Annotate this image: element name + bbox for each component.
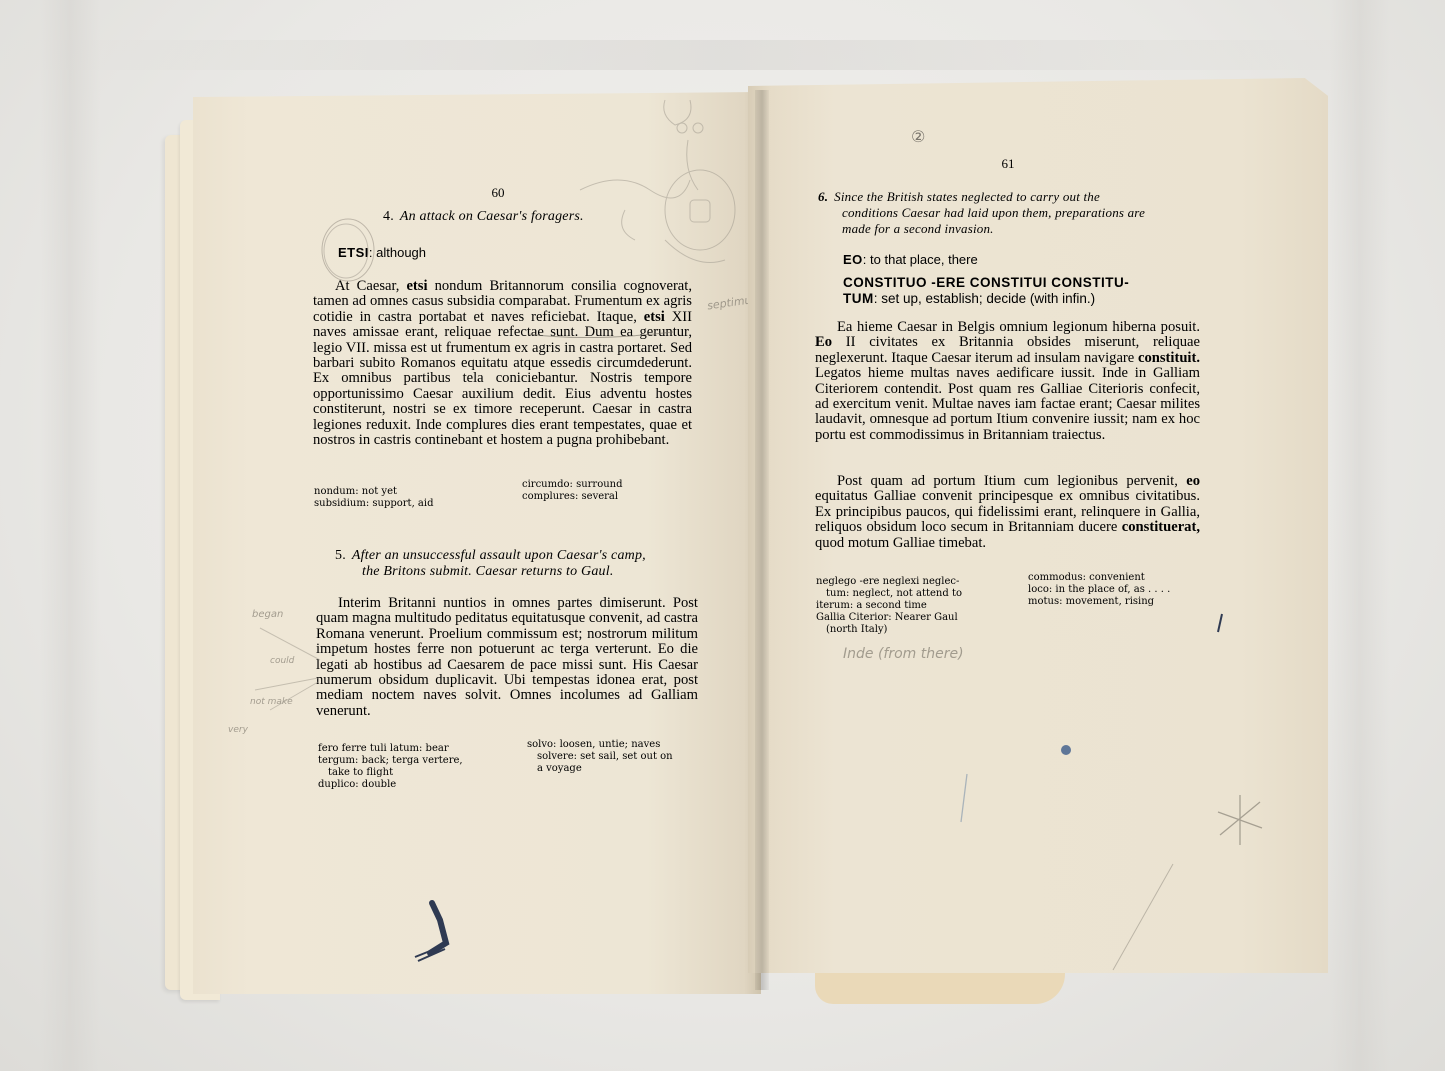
vocab-word: TUM xyxy=(843,291,874,306)
pencil-stroke-icon xyxy=(1105,860,1175,980)
pencil-circled-number: ② xyxy=(911,127,925,146)
cloth-fold xyxy=(0,40,1445,70)
section-title-text: conditions Caesar had laid upon them, pr… xyxy=(818,205,1208,221)
pencil-note-inde: Inde (from there) xyxy=(843,646,964,662)
section-5-paragraph: Interim Britanni nuntios in omnes partes… xyxy=(316,596,698,719)
gloss-entry: a voyage xyxy=(527,763,707,775)
section-4-paragraph: At Caesar, etsi nondum Britannorum consi… xyxy=(313,279,692,448)
section-5-glossary-left: fero ferre tuli latum: beartergum: back;… xyxy=(318,743,508,791)
vocab-heading-constituo: CONSTITUO -ERE CONSTITUI CONSTITU- TUM: … xyxy=(843,275,1203,307)
vocab-word: EO xyxy=(843,252,863,267)
gloss-entry: motus: movement, rising xyxy=(1028,596,1208,608)
section-6-title: 6.Since the British states neglected to … xyxy=(818,189,1208,237)
gloss-entry: tergum: back; terga vertere, xyxy=(318,755,508,767)
gloss-entry: commodus: convenient xyxy=(1028,572,1208,584)
vocab-meaning: to that place, there xyxy=(870,252,978,267)
vocab-word: CONSTITUO -ERE CONSTITUI CONSTITU- xyxy=(843,275,1129,290)
book-gutter xyxy=(755,90,769,990)
vocab-meaning: although xyxy=(376,245,426,260)
blue-ink-stroke-icon xyxy=(1210,610,1230,640)
section-number: 5. xyxy=(335,548,346,563)
cloth-fold xyxy=(1330,0,1390,1071)
blue-ink-scribble-icon xyxy=(400,895,470,965)
bold-vocab-word: etsi xyxy=(644,309,665,325)
gloss-entry: loco: in the place of, as . . . . xyxy=(1028,584,1208,596)
pencil-underline-icon xyxy=(528,330,678,342)
section-6-paragraph-1: Ea hieme Caesar in Belgis omnium legionu… xyxy=(815,320,1200,443)
gloss-entry: Gallia Citerior: Nearer Gaul xyxy=(816,612,1001,624)
torn-page-strip xyxy=(815,968,1065,1004)
section-number: 4. xyxy=(383,209,394,224)
bold-vocab-word: etsi xyxy=(406,278,427,294)
page-number-60: 60 xyxy=(478,185,518,201)
latin-paragraph: Interim Britanni nuntios in omnes partes… xyxy=(316,596,698,719)
gloss-entry: nondum: not yet xyxy=(314,486,504,498)
gloss-entry: solvo: loosen, untie; naves xyxy=(527,739,707,751)
vocab-meaning: set up, establish; decide (with infin.) xyxy=(881,291,1095,306)
latin-paragraph: At Caesar, etsi nondum Britannorum consi… xyxy=(313,279,692,448)
section-title-text: After an unsuccessful assault upon Caesa… xyxy=(352,548,646,563)
gloss-entry: take to flight xyxy=(318,767,508,779)
section-6-glossary-right: commodus: convenientloco: in the place o… xyxy=(1028,572,1208,608)
pencil-note: very xyxy=(228,725,248,735)
section-4-glossary-right: circumdo: surround complures: several xyxy=(522,479,712,503)
gloss-entry: iterum: a second time xyxy=(816,600,1001,612)
gloss-entry: fero ferre tuli latum: bear xyxy=(318,743,508,755)
pencil-star-icon xyxy=(1210,790,1270,850)
gloss-entry: circumdo: surround xyxy=(522,479,712,491)
gloss-entry: duplico: double xyxy=(318,779,508,791)
section-title-text: Since the British states neglected to ca… xyxy=(834,189,1100,204)
pencil-circle-icon xyxy=(318,215,378,285)
section-5-glossary-right: solvo: loosen, untie; navessolvere: set … xyxy=(527,739,707,775)
latin-paragraph: Ea hieme Caesar in Belgis omnium legionu… xyxy=(815,320,1200,443)
pencil-stroke-icon xyxy=(955,770,975,830)
section-4-title: 4.An attack on Caesar's foragers. xyxy=(383,209,584,225)
blue-ink-dot-icon xyxy=(1056,740,1076,760)
bold-vocab-word: eo xyxy=(1186,473,1200,489)
cloth-fold xyxy=(40,0,100,1071)
section-6-glossary-left: neglego -ere neglexi neglec-tum: neglect… xyxy=(816,576,1001,636)
gloss-entry: complures: several xyxy=(522,491,712,503)
gloss-entry: neglego -ere neglexi neglec- xyxy=(816,576,1001,588)
section-title-text: An attack on Caesar's foragers. xyxy=(400,209,584,224)
section-number: 6. xyxy=(818,189,828,204)
gloss-entry: solvere: set sail, set out on xyxy=(527,751,707,763)
section-title-text: made for a second invasion. xyxy=(818,221,1208,237)
bold-vocab-word: constituerat, xyxy=(1122,519,1200,535)
bold-vocab-word: Eo xyxy=(815,334,832,350)
gloss-entry: (north Italy) xyxy=(816,624,1001,636)
gloss-entry: subsidium: support, aid xyxy=(314,498,504,510)
vocab-heading-eo: EO: to that place, there xyxy=(843,252,978,268)
pencil-doodle-icon xyxy=(570,90,760,290)
latin-paragraph: Post quam ad portum Itium cum legionibus… xyxy=(815,474,1200,551)
section-title-text: the Britons submit. Caesar returns to Ga… xyxy=(335,564,715,580)
bold-vocab-word: constituit. xyxy=(1138,350,1200,366)
page-number-61: 61 xyxy=(988,156,1028,172)
section-6-paragraph-2: Post quam ad portum Itium cum legionibus… xyxy=(815,474,1200,551)
gloss-entry: tum: neglect, not attend to xyxy=(816,588,1001,600)
pencil-note: began xyxy=(252,609,283,620)
section-4-glossary-left: nondum: not yet subsidium: support, aid xyxy=(314,486,504,510)
pencil-lines-icon xyxy=(230,620,320,720)
section-5-title: 5.After an unsuccessful assault upon Cae… xyxy=(335,548,715,580)
